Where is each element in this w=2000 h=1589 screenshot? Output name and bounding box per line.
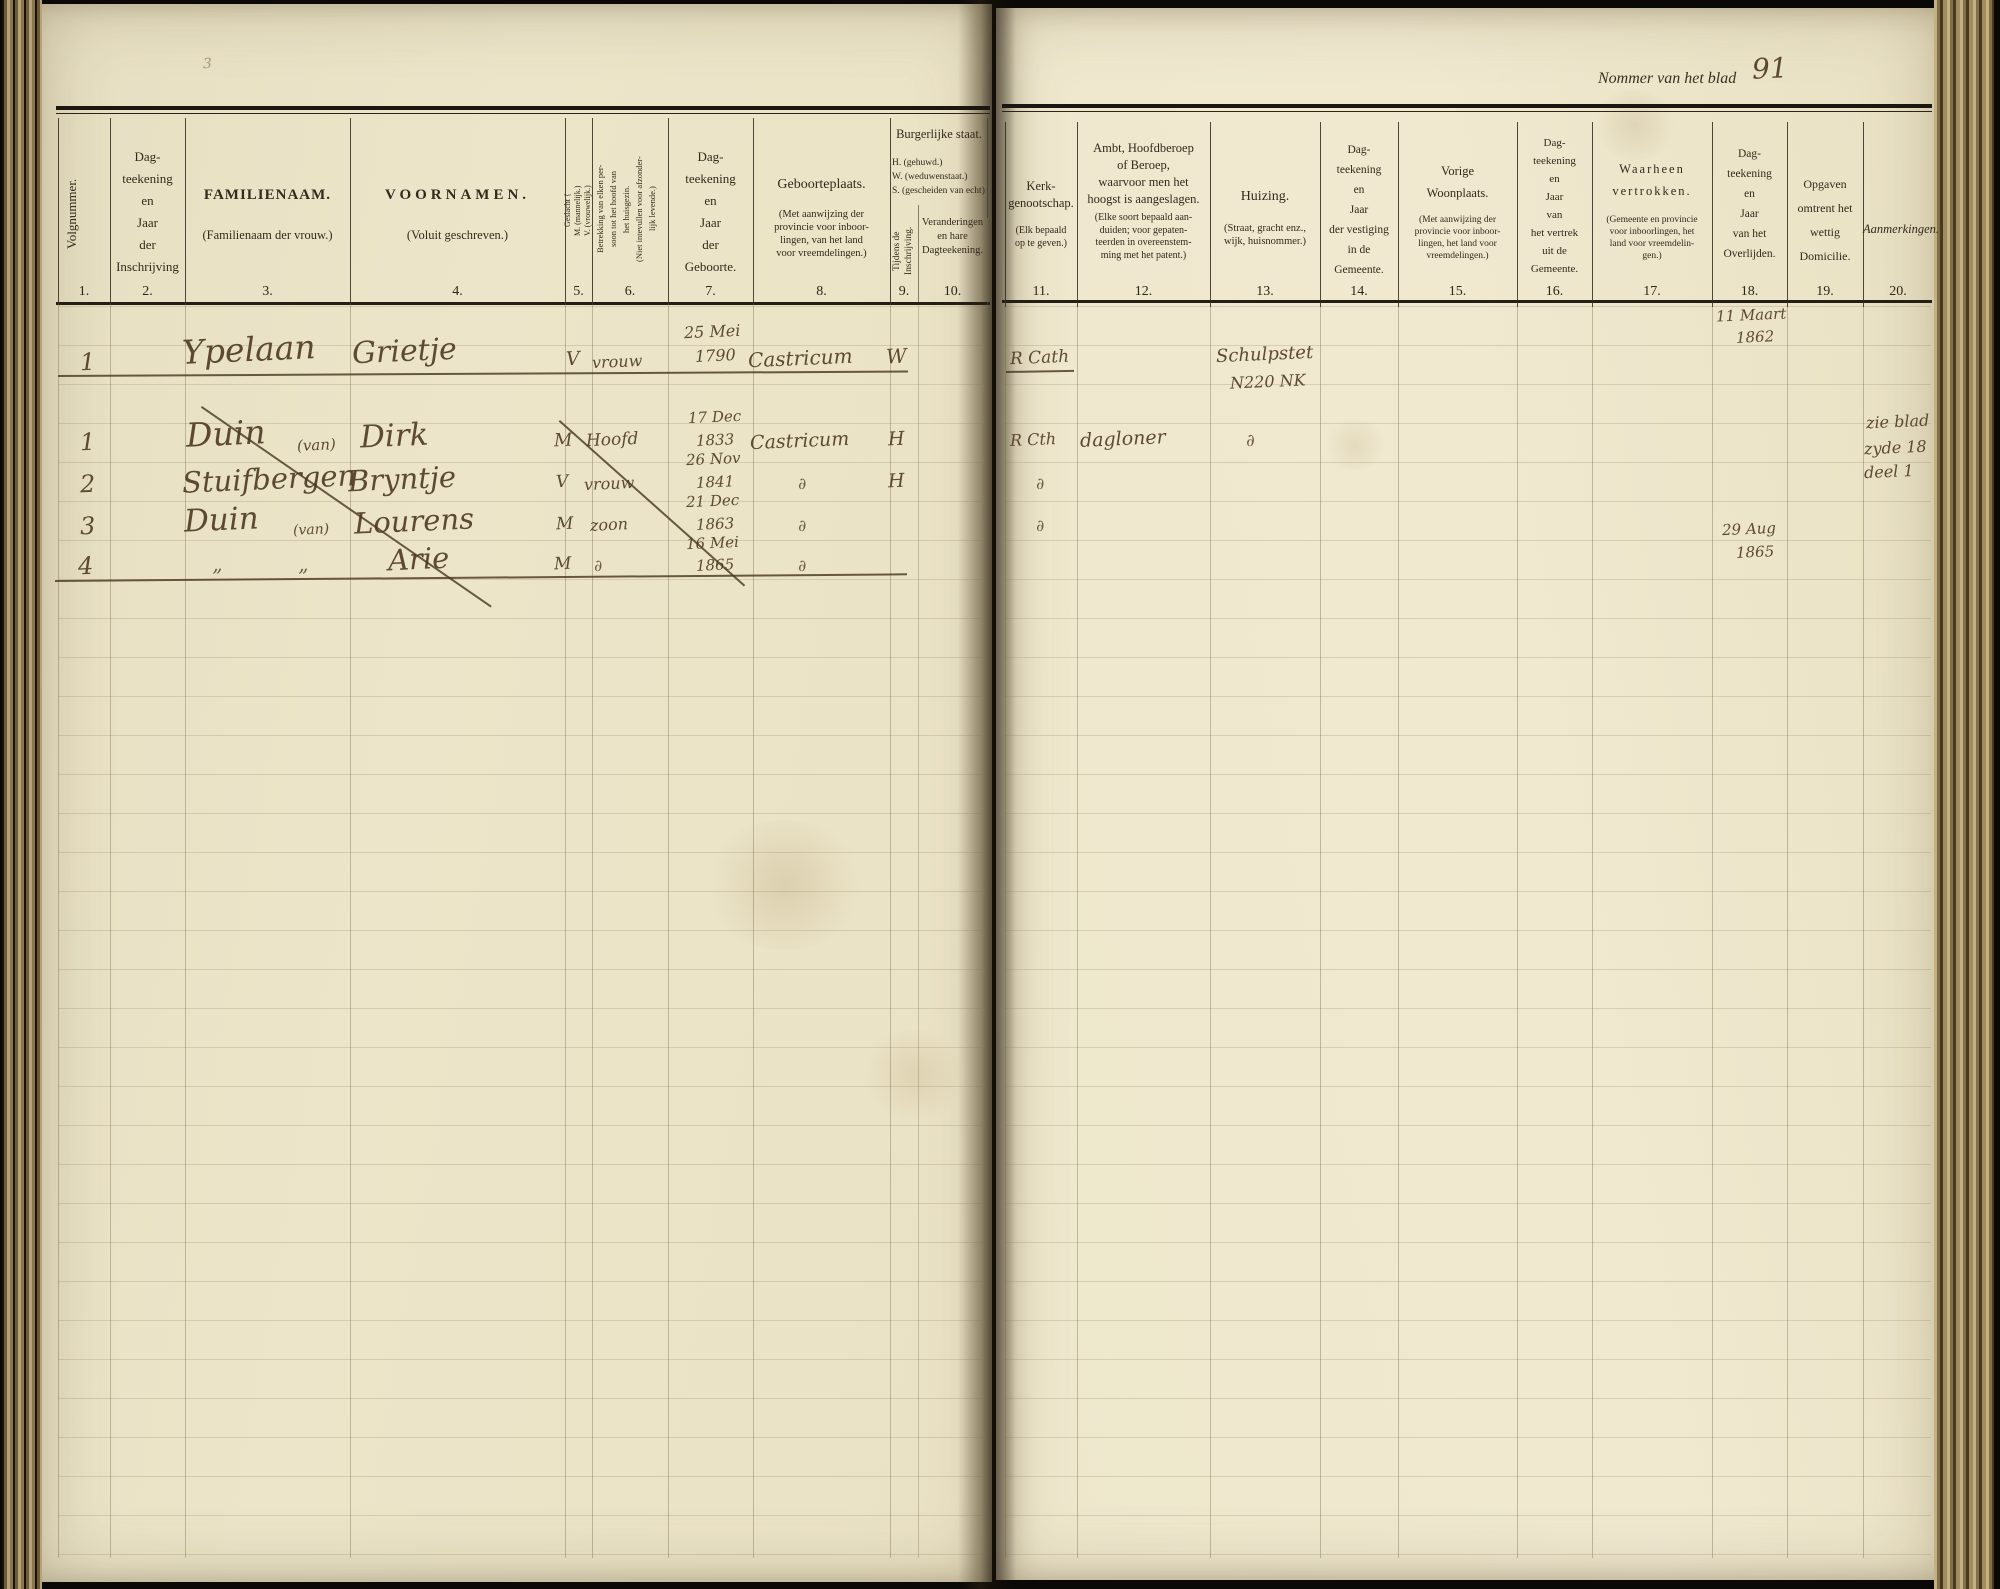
entry-huizing-straat: Schulpstet	[1216, 342, 1314, 367]
header-col19-domicilie: Opgaven omtrent het wettig Domicilie.	[1787, 172, 1863, 268]
colnum-17: 17.	[1592, 284, 1712, 300]
header-bottom-rule-left	[56, 302, 990, 305]
colnum-19: 19.	[1787, 284, 1863, 300]
entry-geboortedag: 25 Mei	[684, 321, 741, 342]
column-line	[1592, 122, 1593, 1558]
blad-number-handwritten: 91	[1751, 51, 1788, 86]
entry-geboorteplaats-ditto: ∂	[798, 556, 807, 575]
header-col6-betrekking: Betrekking van elken per- soon tot het h…	[594, 124, 666, 294]
header-col17-waarheen: Waarheen vertrokken.	[1592, 158, 1712, 202]
entry-aanmerking: zyde 18	[1864, 437, 1927, 459]
column-line	[890, 118, 891, 1558]
entry-familienaam-voorvoegsel: (van)	[297, 435, 337, 455]
column-line	[1863, 122, 1864, 1558]
header-col7-geboorte: Dag- teekening en Jaar der Geboorte.	[668, 146, 753, 278]
entry-geboorteplaats: Castricum	[750, 428, 850, 454]
corner-pencil-mark: 3	[203, 56, 213, 72]
entry-geslacht: V	[566, 348, 581, 371]
header-col13-sub: (Straat, gracht enz., wijk, huisnommer.)	[1210, 222, 1320, 248]
header-col13-huizing: Huizing.	[1210, 188, 1320, 206]
entry-geboorteplaats-ditto: ∂	[798, 474, 807, 493]
column-line	[1210, 122, 1211, 1558]
column-line	[1712, 122, 1713, 1558]
header-col8-geboorteplaats: Geboorteplaats.	[753, 176, 890, 194]
entry-aanmerking: deel 1	[1864, 461, 1914, 482]
entry-voornaam: Lourens	[353, 501, 474, 540]
colnum-11: 11.	[1005, 284, 1077, 300]
header-col9-tijdens: Tijdens de Inschrijving.	[891, 206, 917, 296]
ruled-lines-right	[1005, 306, 1931, 1558]
colnum-3: 3.	[185, 284, 350, 300]
header-col16-vertrek: Dag- teekening en Jaar van het vertrek u…	[1517, 134, 1592, 278]
header-col4-sub: (Voluit geschreven.)	[350, 228, 565, 244]
entry-betrekking-ditto: ∂	[594, 556, 603, 575]
entry-kerk-ditto: ∂	[1036, 516, 1045, 535]
colnum-1: 1.	[58, 284, 110, 300]
colnum-7: 7.	[668, 284, 753, 300]
entry-beroep: dagloner	[1080, 426, 1167, 452]
entry-overlijdensjaar: 1862	[1736, 327, 1775, 347]
header-col15-sub: (Met aanwijzing der provincie voor inboo…	[1398, 214, 1517, 262]
colnum-8: 8.	[753, 284, 890, 300]
entry-burgerlijke-staat: H	[888, 470, 906, 493]
entry-aanmerking: zie blad	[1866, 411, 1930, 433]
blad-number-label: Nommer van het blad	[1598, 70, 1736, 88]
entry-kerkgenootschap: R Cath	[1010, 347, 1070, 370]
colnum-4: 4.	[350, 284, 565, 300]
entry-geslacht: M	[554, 554, 572, 575]
column-line	[1077, 122, 1078, 1558]
header-col4-voornamen: VOORNAMEN.	[350, 186, 565, 205]
column-line	[565, 118, 566, 1558]
column-line	[987, 118, 988, 1558]
entry-familienaam-voorvoegsel: (van)	[293, 521, 330, 539]
entry-betrekking: zoon	[590, 514, 629, 535]
entry-geboorteplaats: Castricum	[748, 344, 853, 373]
entry-geboortejaar: 1863	[696, 514, 735, 534]
entry-volgnummer: 4	[77, 552, 93, 581]
entry-voornaam: Bryntje	[347, 460, 456, 499]
entry-volgnummer: 3	[79, 512, 95, 541]
column-line	[918, 205, 919, 1558]
entry-geboortejaar: 1841	[696, 472, 735, 492]
top-rule-left-thin	[56, 113, 990, 114]
header-col2-inschrijving: Dag- teekening en Jaar der Inschrijving	[110, 146, 185, 278]
header-bottom-rule-right	[1002, 300, 1932, 303]
entry-geslacht: M	[554, 430, 573, 452]
entry-huizing-ditto: ∂	[1246, 431, 1256, 451]
colnum-12: 12.	[1077, 284, 1210, 300]
entry-kerk-ditto: ∂	[1036, 474, 1045, 493]
entry-betrekking: vrouw	[592, 351, 643, 372]
entry-geboorteplaats-ditto: ∂	[798, 516, 807, 535]
entry-volgnummer: 2	[79, 470, 95, 499]
header-col11-sub: (Elk bepaald op te geven.)	[1005, 224, 1077, 250]
header-col1-volgnummer: Volgnummer.	[64, 138, 102, 290]
column-line	[1320, 122, 1321, 1558]
column-line	[1787, 122, 1788, 1558]
column-line	[1005, 122, 1006, 1558]
entry-familienaam-ditto: „	[297, 552, 308, 576]
header-col8-sub: (Met aanwijzing der provincie voor inboo…	[753, 208, 890, 260]
column-line	[110, 118, 111, 1558]
colnum-20: 20.	[1863, 284, 1933, 300]
header-col15-vorige-woonplaats: Vorige Woonplaats.	[1398, 160, 1517, 204]
entry-huizing-nummer: N220 NK	[1230, 370, 1306, 392]
register-scan: Nommer van het blad 91 3 Volgnummer. Dag…	[0, 0, 2000, 1589]
colnum-6: 6.	[592, 284, 668, 300]
column-line	[753, 118, 754, 1558]
entry-geboortedag: 16 Mei	[686, 533, 740, 553]
entry-betrekking: Hoofd	[586, 429, 639, 451]
header-col3-sub: (Familienaam der vrouw.)	[185, 228, 350, 244]
entry-voornaam: Grietje	[351, 332, 457, 372]
entry-volgnummer: 1	[79, 348, 95, 377]
entry-geslacht: V	[556, 472, 569, 493]
header-col18-overlijden: Dag- teekening en Jaar van het Overlijde…	[1712, 144, 1787, 264]
entry-geboortedag: 17 Dec	[688, 407, 742, 427]
header-col11-kerkgenootschap: Kerk- genootschap.	[1005, 178, 1077, 212]
colnum-10: 10.	[918, 284, 987, 300]
header-col17-sub: (Gemeente en provincie voor inboorlingen…	[1592, 214, 1712, 262]
column-line	[350, 118, 351, 1558]
header-group-burgerlijke-staat: Burgerlijke staat.	[890, 127, 988, 143]
entry-familienaam-ditto: „	[211, 552, 222, 576]
entry-overlijdensdag: 11 Maart	[1716, 304, 1787, 325]
entry-burgerlijke-staat: H	[888, 428, 906, 451]
entry-geboortedag: 21 Dec	[686, 491, 740, 511]
colnum-16: 16.	[1517, 284, 1592, 300]
top-rule-right-thin	[1002, 111, 1932, 112]
colnum-18: 18.	[1712, 284, 1787, 300]
header-col12-beroep: Ambt, Hoofdberoep of Beroep, waarvoor me…	[1077, 140, 1210, 208]
header-col20-aanmerkingen: Aanmerkingen.	[1863, 222, 1933, 238]
entry-familienaam: Duin	[183, 500, 259, 539]
right-page-stack-edge	[1934, 0, 1994, 1589]
entry-familienaam: Duin	[185, 412, 266, 454]
header-col3-familienaam: FAMILIENAAM.	[185, 186, 350, 205]
colnum-13: 13.	[1210, 284, 1320, 300]
top-rule-left	[56, 106, 990, 110]
header-col14-vestiging: Dag- teekening en Jaar der vestiging in …	[1320, 140, 1398, 280]
entry-betrekking: vrouw	[584, 473, 635, 494]
column-line	[592, 118, 593, 1558]
entry-overlijdensdag: 29 Aug	[1722, 519, 1777, 539]
entry-geboortedag: 26 Nov	[686, 449, 741, 469]
header-group-staat-codes: H. (gehuwd.) W. (weduwenstaat.) S. (gesc…	[892, 156, 988, 198]
top-rule-right	[1002, 104, 1932, 108]
entry-geboortejaar: 1833	[696, 430, 735, 450]
colnum-5: 5.	[565, 284, 592, 300]
entry-burgerlijke-staat: W	[885, 344, 907, 369]
colnum-14: 14.	[1320, 284, 1398, 300]
colnum-9: 9.	[890, 284, 918, 300]
entry-overlijdensjaar: 1865	[1736, 542, 1775, 562]
column-line	[1398, 122, 1399, 1558]
entry-voornaam: Dirk	[359, 417, 429, 456]
column-line	[668, 118, 669, 1558]
column-line	[1517, 122, 1518, 1558]
header-col10-veranderingen: Veranderingen en hare Dagteekening.	[918, 216, 987, 258]
colnum-2: 2.	[110, 284, 185, 300]
entry-familienaam: Ypelaan	[181, 327, 316, 372]
header-col5-geslacht: Geslacht { M. (mannelijk.) V. (vrouwelij…	[563, 128, 593, 293]
entry-geslacht: M	[556, 514, 574, 535]
colnum-15: 15.	[1398, 284, 1517, 300]
entry-volgnummer: 1	[79, 428, 95, 457]
left-page-stack-edge	[2, 0, 42, 1589]
entry-geboortejaar: 1790	[695, 345, 737, 366]
column-line	[58, 118, 59, 1558]
entry-kerkgenootschap: R Cth	[1010, 429, 1057, 450]
header-col12-sub: (Elke soort bepaald aan- duiden; voor ge…	[1077, 212, 1210, 262]
